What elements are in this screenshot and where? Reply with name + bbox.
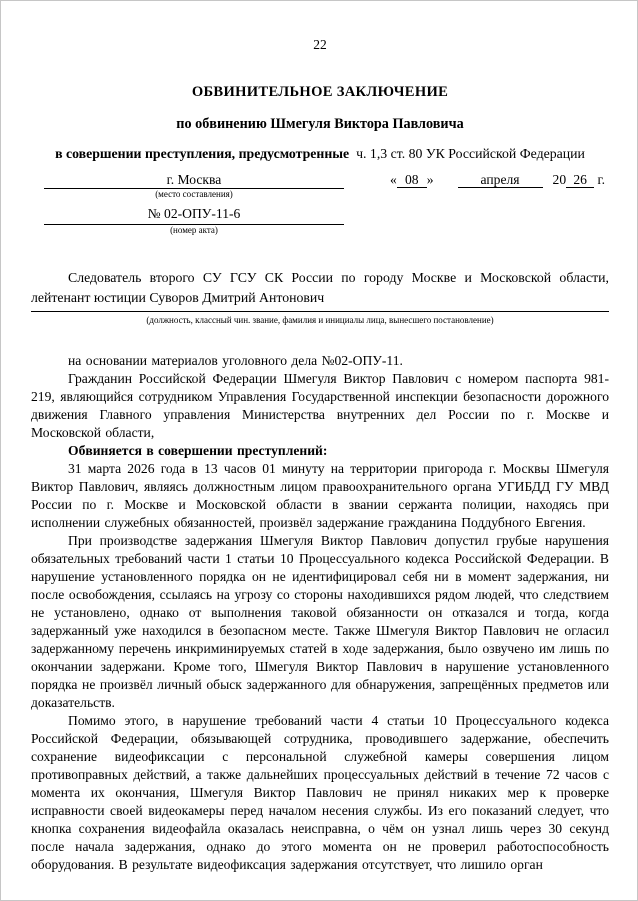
body-paragraph: Гражданин Российской Федерации Шмегуля В… <box>31 370 609 442</box>
place-value: г. Москва <box>44 172 344 189</box>
investigator-caption: (должность, классный чин. звание, фамили… <box>31 315 609 326</box>
act-number-caption: (номер акта) <box>44 225 344 236</box>
requisites-row: г. Москва (место составления) № 02-ОПУ-1… <box>31 172 609 242</box>
document-body: на основании материалов уголовного дела … <box>31 352 609 874</box>
date-month: апреля <box>458 172 543 188</box>
date-field: «08»апреля2026 г. <box>390 172 605 188</box>
investigator-block: Следователь второго СУ ГСУ СК России по … <box>31 268 609 326</box>
body-paragraph: При производстве задержания Шмегуля Викт… <box>31 532 609 712</box>
act-number-value: № 02-ОПУ-11-6 <box>44 206 344 225</box>
date-day: 08 <box>397 172 427 188</box>
charge-article-text: ч. 1,3 ст. 80 УК Российской Федерации <box>356 146 585 161</box>
investigator-text: Следователь второго СУ ГСУ СК России по … <box>31 268 609 312</box>
document-title: ОБВИНИТЕЛЬНОЕ ЗАКЛЮЧЕНИЕ <box>31 83 609 101</box>
charge-bold-text: в совершении преступления, предусмотренн… <box>55 146 349 161</box>
document-page: 22 ОБВИНИТЕЛЬНОЕ ЗАКЛЮЧЕНИЕ по обвинению… <box>0 0 638 901</box>
date-year: 26 <box>566 172 594 188</box>
accused-name-line: по обвинению Шмегуля Виктора Павловича <box>31 115 609 133</box>
charge-line: в совершении преступления, предусмотренн… <box>31 145 609 163</box>
date-close-quote: » <box>427 172 434 187</box>
date-suffix: г. <box>598 172 605 187</box>
place-caption: (место составления) <box>44 189 344 200</box>
requisites-left-fields: г. Москва (место составления) № 02-ОПУ-1… <box>31 172 344 242</box>
date-century: 20 <box>553 172 567 187</box>
body-paragraph: 31 марта 2026 года в 13 часов 01 минуту … <box>31 460 609 532</box>
body-paragraph: на основании материалов уголовного дела … <box>31 352 609 370</box>
date-open-quote: « <box>390 172 397 187</box>
body-paragraph-accusation-heading: Обвиняется в совершении преступлений: <box>31 442 609 460</box>
body-paragraph: Помимо этого, в нарушение требований час… <box>31 712 609 874</box>
page-number: 22 <box>31 37 609 53</box>
